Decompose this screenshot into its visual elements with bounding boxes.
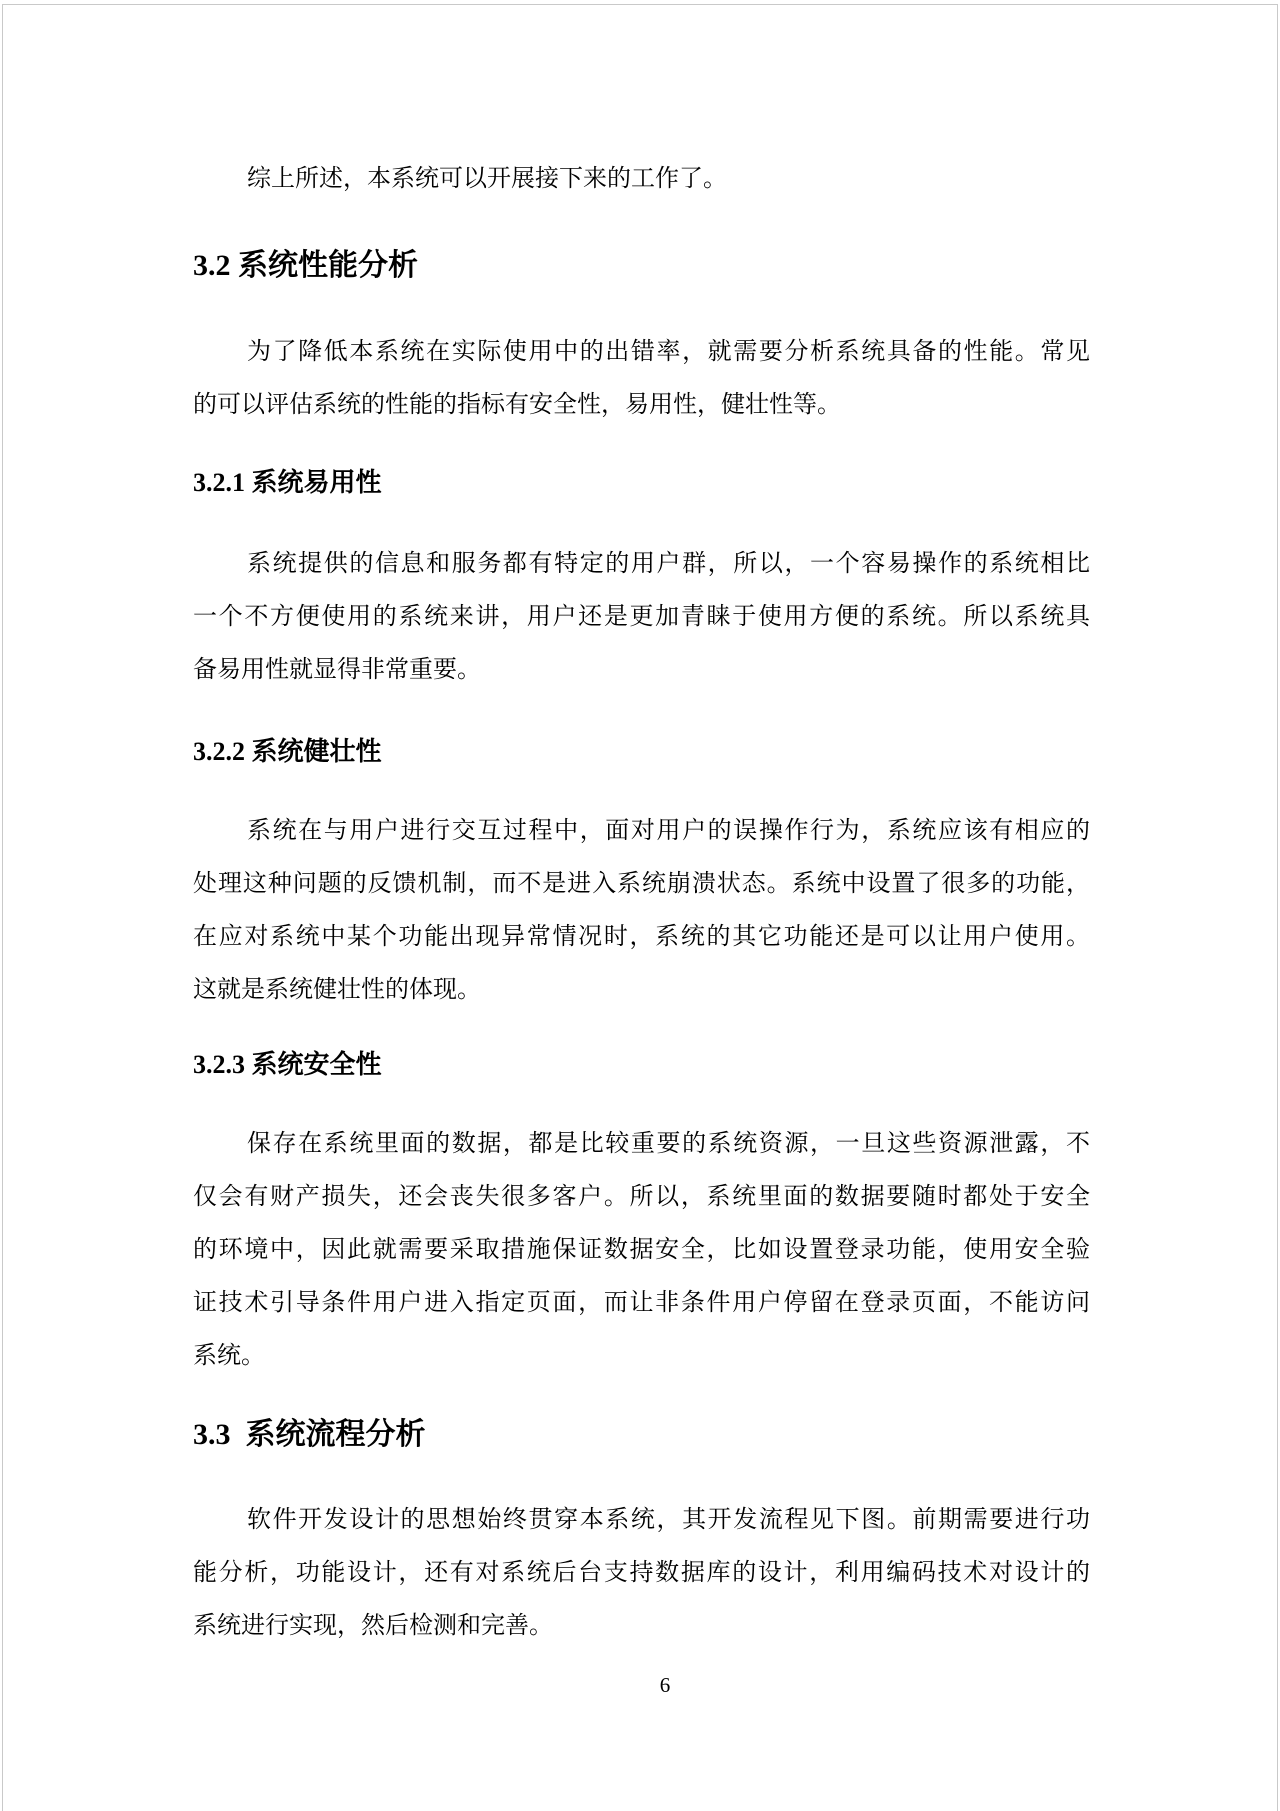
paragraph-line: 能分析，功能设计，还有对系统后台支持数据库的设计，利用编码技术对设计的 xyxy=(193,1547,1090,1600)
paragraph-line: 为了降低本系统在实际使用中的出错率，就需要分析系统具备的性能。常见 xyxy=(193,326,1090,379)
paragraph-line: 一个不方便使用的系统来讲，用户还是更加青睐于使用方便的系统。所以系统具 xyxy=(193,591,1090,644)
heading-3-2-2: 3.2.2 系统健壮性 xyxy=(193,732,1090,772)
paragraph-3-2-2: 系统在与用户进行交互过程中，面对用户的误操作行为，系统应该有相应的 处理这种问题… xyxy=(193,805,1090,1017)
heading-3-2-1: 3.2.1 系统易用性 xyxy=(193,463,1090,503)
paragraph-line: 系统进行实现，然后检测和完善。 xyxy=(193,1600,1090,1653)
heading-3-2: 3.2 系统性能分析 xyxy=(193,245,1090,287)
paragraph-line: 在应对系统中某个功能出现异常情况时，系统的其它功能还是可以让用户使用。 xyxy=(193,911,1090,964)
paragraph-3-2-3: 保存在系统里面的数据，都是比较重要的系统资源，一旦这些资源泄露，不 仅会有财产损… xyxy=(193,1118,1090,1383)
paragraph-line: 系统。 xyxy=(193,1330,1090,1383)
intro-paragraph: 综上所述，本系统可以开展接下来的工作了。 xyxy=(193,153,1090,206)
paragraph-line: 的环境中，因此就需要采取措施保证数据安全，比如设置登录功能，使用安全验 xyxy=(193,1224,1090,1277)
heading-3-3: 3.3 系统流程分析 xyxy=(193,1414,1090,1456)
paragraph-line: 证技术引导条件用户进入指定页面，而让非条件用户停留在登录页面，不能访问 xyxy=(193,1277,1090,1330)
paragraph-3-2-1: 系统提供的信息和服务都有特定的用户群，所以，一个容易操作的系统相比 一个不方便使… xyxy=(193,538,1090,697)
paragraph-line: 这就是系统健壮性的体现。 xyxy=(193,964,1090,1017)
document-page: 综上所述，本系统可以开展接下来的工作了。 3.2 系统性能分析 为了降低本系统在… xyxy=(0,0,1280,1811)
paragraph-line: 保存在系统里面的数据，都是比较重要的系统资源，一旦这些资源泄露，不 xyxy=(193,1118,1090,1171)
paragraph-line: 的可以评估系统的性能的指标有安全性，易用性，健壮性等。 xyxy=(193,379,1090,432)
heading-3-2-3: 3.2.3 系统安全性 xyxy=(193,1045,1090,1085)
paragraph-3-2: 为了降低本系统在实际使用中的出错率，就需要分析系统具备的性能。常见 的可以评估系… xyxy=(193,326,1090,432)
paragraph-line: 备易用性就显得非常重要。 xyxy=(193,644,1090,697)
paragraph-line: 软件开发设计的思想始终贯穿本系统，其开发流程见下图。前期需要进行功 xyxy=(193,1494,1090,1547)
page-number: 6 xyxy=(210,1665,1120,1705)
paragraph-line: 系统在与用户进行交互过程中，面对用户的误操作行为，系统应该有相应的 xyxy=(193,805,1090,858)
paragraph-line: 处理这种问题的反馈机制，而不是进入系统崩溃状态。系统中设置了很多的功能， xyxy=(193,858,1090,911)
paragraph-3-3: 软件开发设计的思想始终贯穿本系统，其开发流程见下图。前期需要进行功 能分析，功能… xyxy=(193,1494,1090,1653)
paragraph-line: 系统提供的信息和服务都有特定的用户群，所以，一个容易操作的系统相比 xyxy=(193,538,1090,591)
paragraph-line: 综上所述，本系统可以开展接下来的工作了。 xyxy=(193,153,1090,206)
paragraph-line: 仅会有财产损失，还会丧失很多客户。所以，系统里面的数据要随时都处于安全 xyxy=(193,1171,1090,1224)
